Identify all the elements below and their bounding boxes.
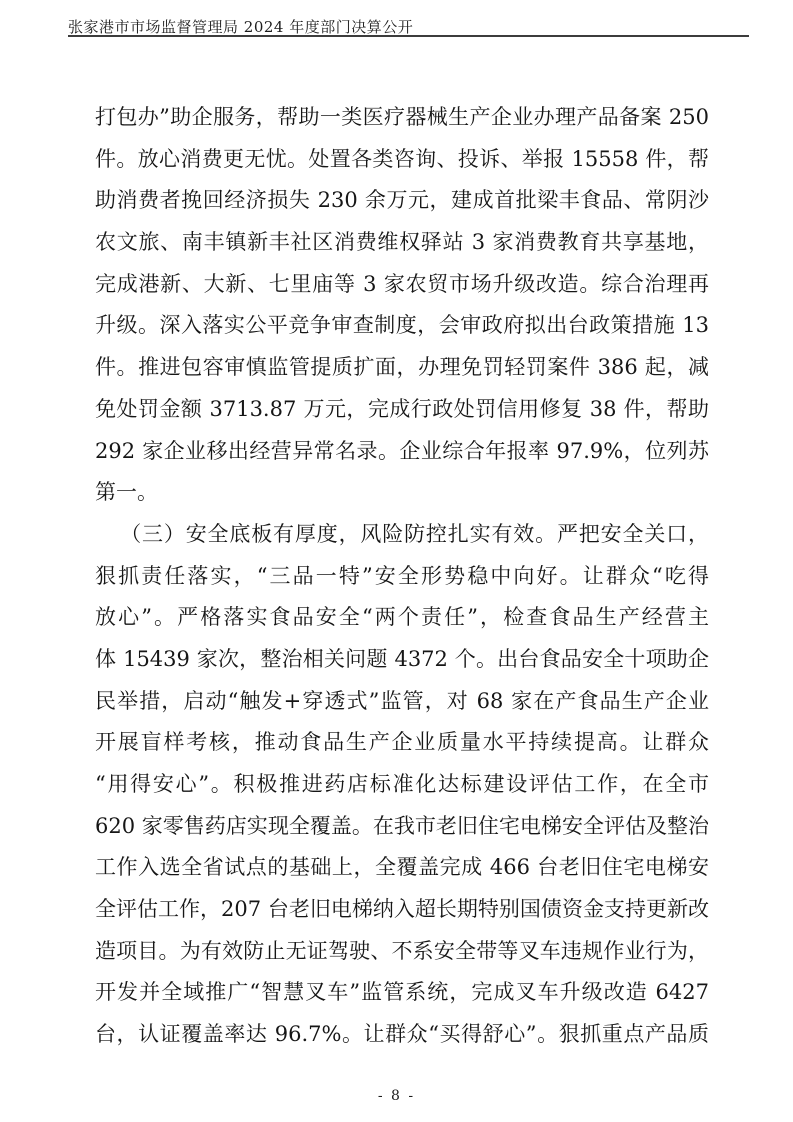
document-body: 打包办”助企服务，帮助一类医疗器械生产企业办理产品备案 250件。放心消费更无忧…	[95, 97, 709, 1063]
text-line: 民举措，启动“触发+穿透式”监管，对 68 家在产食品生产企业	[95, 681, 709, 723]
text-line: 开发并全域推广“智慧叉车”监管系统，完成叉车升级改造 6427	[95, 972, 709, 1014]
text-line: 工作入选全省试点的基础上，全覆盖完成 466 台老旧住宅电梯安	[95, 847, 709, 889]
text-line: 助消费者挽回经济损失 230 余万元，建成首批梁丰食品、常阴沙	[95, 180, 709, 222]
text-line: 打包办”助企服务，帮助一类医疗器械生产企业办理产品备案 250	[95, 97, 709, 139]
text-line: 农文旅、南丰镇新丰社区消费维权驿站 3 家消费教育共享基地，	[95, 222, 709, 264]
page-number: - 8 -	[378, 1088, 415, 1104]
header-rule	[68, 35, 749, 37]
text-line: 620 家零售药店实现全覆盖。在我市老旧住宅电梯安全评估及整治	[95, 806, 709, 848]
text-line: 完成港新、大新、七里庙等 3 家农贸市场升级改造。综合治理再	[95, 264, 709, 306]
text-line: 升级。深入落实公平竞争审查制度，会审政府拟出台政策措施 13	[95, 305, 709, 347]
text-line: 体 15439 家次，整治相关问题 4372 个。出台食品安全十项助企惠	[95, 639, 709, 681]
text-line: 造项目。为有效防止无证驾驶、不系安全带等叉车违规作业行为，	[95, 931, 709, 973]
text-line: 件。推进包容审慎监管提质扩面，办理免罚轻罚案件 386 起，减	[95, 347, 709, 389]
text-line: 台，认证覆盖率达 96.7%。让群众“买得舒心”。狠抓重点产品质	[95, 1014, 709, 1056]
text-line: 狠抓责任落实，“三品一特”安全形势稳中向好。让群众“吃得	[95, 556, 709, 598]
text-line: 开展盲样考核，推动食品生产企业质量水平持续提高。让群众	[95, 722, 709, 764]
text-line: 292 家企业移出经营异常名录。企业综合年报率 97.9%，位列苏州	[95, 431, 709, 473]
text-line: 免处罚金额 3713.87 万元，完成行政处罚信用修复 38 件，帮助	[95, 389, 709, 431]
text-line: （三）安全底板有厚度，风险防控扎实有效。严把安全关口，	[95, 514, 709, 556]
text-line: “用得安心”。积极推进药店标准化达标建设评估工作，在全市	[95, 764, 709, 806]
text-line: 全评估工作，207 台老旧电梯纳入超长期特别国债资金支持更新改	[95, 889, 709, 931]
page-footer: - 8 -	[0, 1085, 793, 1104]
text-line: 件。放心消费更无忧。处置各类咨询、投诉、举报 15558 件，帮	[95, 139, 709, 181]
text-line: 第一。	[95, 472, 709, 514]
document-page: 张家港市市场监督管理局 2024 年度部门决算公开 打包办”助企服务，帮助一类医…	[0, 0, 793, 1122]
header-title: 张家港市市场监督管理局 2024 年度部门决算公开	[68, 16, 413, 37]
text-line: 放心”。严格落实食品安全“两个责任”，检查食品生产经营主	[95, 597, 709, 639]
